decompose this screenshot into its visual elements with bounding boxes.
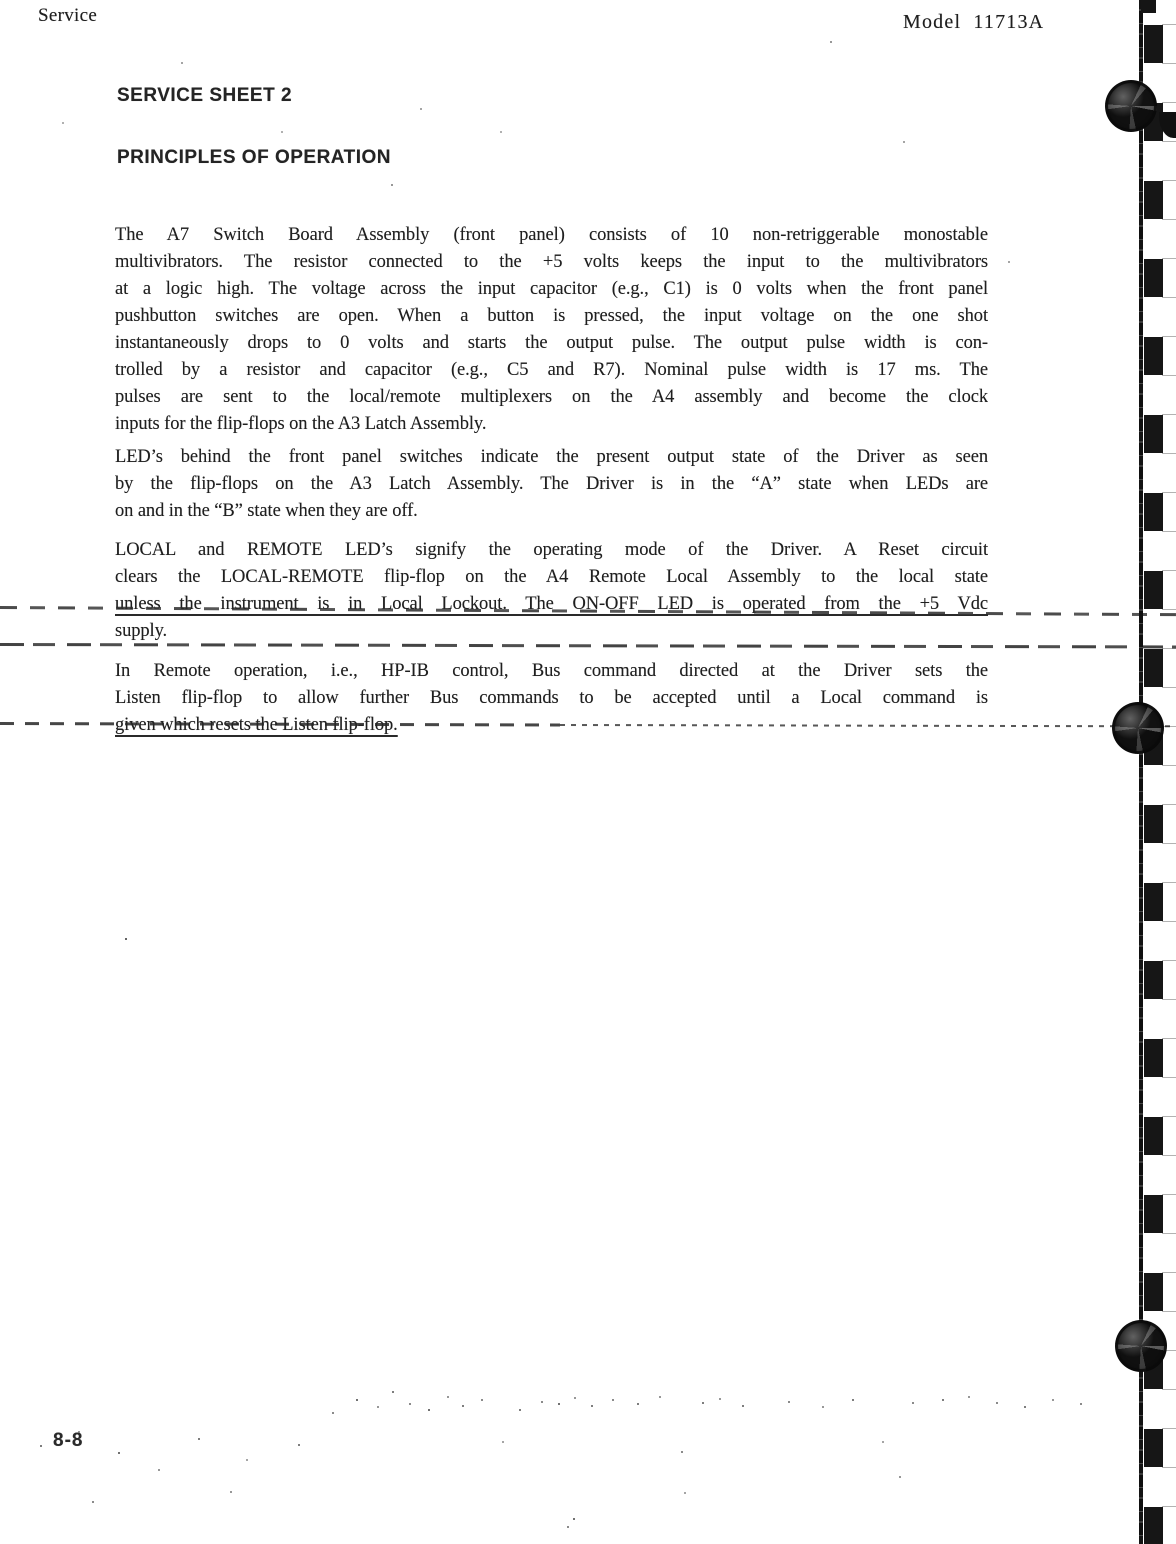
text-line: clears the LOCAL-REMOTE flip-flop on the… [115,564,988,591]
text-line: by the flip-flops on the A3 Latch Assemb… [115,471,988,498]
scanned-page: Service Model 11713A SERVICE SHEET 2 PRI… [0,0,1176,1544]
page-number: 8-8 [53,1430,83,1452]
running-header-left: Service [38,5,97,27]
text-line: trolled by a resistor and capacitor (e.g… [115,357,988,384]
text-line: instantaneously drops to 0 volts and sta… [115,330,988,357]
text-line: In Remote operation, i.e., HP-IB control… [115,658,988,685]
binder-rivet-icon [1115,1320,1167,1372]
text-line: supply. [115,618,988,645]
binding-hole-outlines [1162,0,1176,1544]
text-line: pushbutton switches are open. When a but… [115,303,988,330]
binder-rivet-icon [1105,80,1157,132]
text-line: pulses are sent to the local/remote mult… [115,384,988,411]
paragraph-remote-operation: In Remote operation, i.e., HP-IB control… [115,658,988,739]
paragraph-local-remote: LOCAL and REMOTE LED’s signify the opera… [115,537,988,645]
sheet-heading: SERVICE SHEET 2 [117,85,292,107]
binder-rivet-icon [1112,702,1164,754]
scan-noise-speckles [0,0,2,2]
text-line: The A7 Switch Board Assembly (front pane… [115,222,988,249]
text-line: inputs for the flip-flops on the A3 Latc… [115,411,988,438]
running-header-right: Model 11713A [903,11,1044,34]
text-line: LED’s behind the front panel switches in… [115,444,988,471]
pencil-dashed-line-middle [0,643,1176,648]
paragraph-leds: LED’s behind the front panel switches in… [115,444,988,525]
binding-comb-blocks [1144,0,1163,1544]
text-line: LOCAL and REMOTE LED’s signify the opera… [115,537,988,564]
text-line: Listen flip-flop to allow further Bus co… [115,685,988,712]
text-line: multivibrators. The resistor connected t… [115,249,988,276]
paragraph-switch-board: The A7 Switch Board Assembly (front pane… [115,222,988,438]
text-line: at a logic high. The voltage across the … [115,276,988,303]
binding-edge-line [1139,0,1143,1544]
binding-corner-mark [1141,0,1156,13]
text-line: on and in the “B” state when they are of… [115,498,988,525]
section-heading: PRINCIPLES OF OPERATION [117,147,391,169]
